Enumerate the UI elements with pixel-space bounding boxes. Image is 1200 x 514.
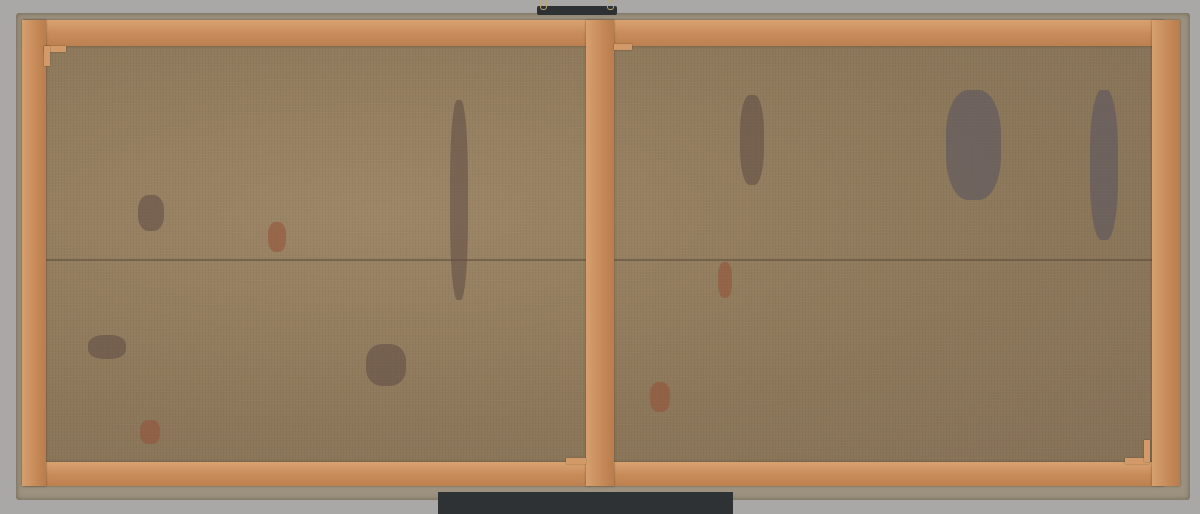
center-key — [614, 44, 632, 50]
stain — [138, 195, 164, 231]
paint-bleed — [740, 95, 764, 185]
stain — [366, 344, 406, 386]
paint-bleed — [946, 90, 1001, 200]
stain — [268, 222, 286, 252]
stretcher-left-bar — [22, 20, 46, 486]
stain — [718, 262, 732, 298]
stretcher-right-bar — [1152, 20, 1180, 486]
hanging-bracket — [537, 6, 617, 15]
stain — [140, 420, 160, 444]
hook-icon — [607, 0, 614, 10]
corner-key — [1144, 440, 1150, 462]
stretcher-center-crossbar — [586, 20, 614, 486]
center-key — [566, 458, 586, 464]
hook-icon — [540, 0, 547, 10]
display-stand — [438, 492, 733, 514]
stain — [650, 382, 670, 412]
stain — [88, 335, 126, 359]
paint-bleed — [450, 100, 468, 300]
paint-bleed — [1090, 90, 1118, 240]
corner-key — [44, 46, 50, 66]
